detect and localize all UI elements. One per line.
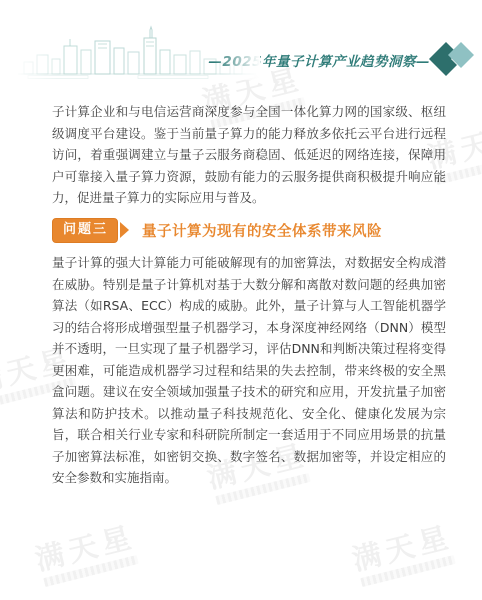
page-header: —2025年量子计算产业趋势洞察— [0,0,482,90]
badge-arrow-icon [120,222,129,238]
skyline-fade [12,22,58,80]
paragraph-body: 量子计算的强大计算能力可能破解现有的加密算法，对数据安全构成潜在威胁。特别是量子… [52,252,446,489]
issue-badge-label: 问题三 [63,222,108,237]
section-heading: 问题三 量子计算为现有的安全体系带来风险 [52,218,382,243]
report-page: 满天星 满天星 满天星 满天星 满天星 满天星 [0,0,482,600]
watermark: 满天星 [25,520,150,589]
issue-number-badge: 问题三 [52,218,118,243]
paragraph-continuation: 子计算企业和与电信运营商深度参与全国一体化算力网的国家级、枢纽级调度平台建设。鉴… [52,101,446,209]
watermark: 满天星 [342,520,467,589]
skyline-fade [214,22,260,80]
diamond-logo-icon [428,37,476,81]
section-title: 量子计算为现有的安全体系带来风险 [142,220,382,241]
